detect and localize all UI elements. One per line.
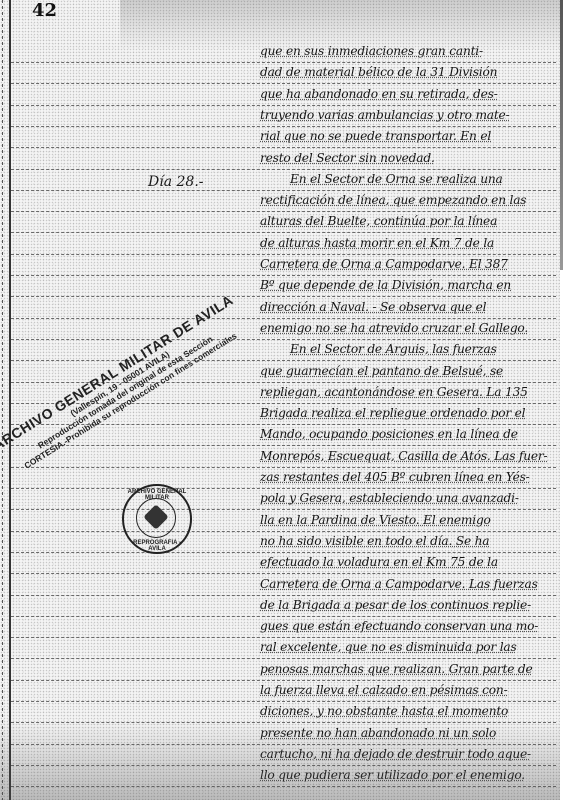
ruled-line bbox=[11, 595, 556, 596]
ruled-line bbox=[11, 701, 556, 702]
ruled-line bbox=[11, 211, 556, 212]
handwritten-line: Monrepós, Escuequat, Casilla de Atós. La… bbox=[260, 449, 556, 463]
ruled-line bbox=[11, 126, 556, 127]
ruled-line bbox=[11, 318, 556, 319]
handwritten-line: En el Sector de Orna se realiza una bbox=[290, 172, 560, 186]
ruled-line bbox=[11, 360, 556, 361]
ruled-line bbox=[11, 616, 556, 617]
handwritten-line: Mando, ocupando posiciones en la línea d… bbox=[260, 427, 556, 441]
handwritten-line: truyendo varias ambulancias y otro mate- bbox=[260, 108, 556, 122]
stamp-title: ARCHIVO GENERAL MILITAR DE AVILA bbox=[0, 292, 236, 454]
scan-border bbox=[560, 0, 581, 800]
archive-stamp: ARCHIVO GENERAL MILITAR DE AVILA (Valles… bbox=[0, 292, 252, 479]
margin-date: Día 28.- bbox=[148, 174, 204, 190]
handwritten-line: diciones, y no obstante hasta el momento bbox=[260, 704, 556, 718]
ruled-line bbox=[11, 339, 556, 340]
handwritten-line: En el Sector de Arguis, las fuerzas bbox=[290, 342, 560, 356]
ruled-line bbox=[11, 637, 556, 638]
handwritten-line: pola y Gesera, estableciendo una avanzad… bbox=[260, 491, 556, 505]
handwritten-line: que en sus inmediaciones gran canti- bbox=[260, 44, 556, 58]
handwritten-line: que guarnecían el pantano de Belsué, se bbox=[260, 364, 556, 378]
handwritten-line: de alturas hasta morir en el Km 7 de la bbox=[260, 236, 556, 250]
ruled-line bbox=[11, 445, 556, 446]
archive-seal: ARCHIVO GENERAL MILITAR REPROGRAFIA - AV… bbox=[122, 484, 192, 554]
ruled-line bbox=[11, 169, 556, 170]
handwritten-line: lla en la Pardina de Viesto. El enemigo bbox=[260, 513, 556, 527]
ruled-line bbox=[11, 296, 556, 297]
handwritten-line: ral excelente, que no es disminuida por … bbox=[260, 640, 556, 654]
handwritten-line: resto del Sector sin novedad. bbox=[260, 151, 556, 165]
stamp-address: (Vallespín, 19 - 05001 AVILA) bbox=[0, 305, 241, 462]
ruled-line bbox=[11, 531, 556, 532]
ruled-line bbox=[11, 254, 556, 255]
handwritten-line: efectuado la voladura en el Km 75 de la bbox=[260, 555, 556, 569]
ruled-line bbox=[11, 509, 556, 510]
handwritten-line: repliegan, acantonándose en Gesera. La 1… bbox=[260, 385, 556, 399]
ruled-line bbox=[11, 275, 556, 276]
ruled-line bbox=[11, 105, 556, 106]
seal-bottom-text: REPROGRAFIA - AVILA bbox=[124, 540, 190, 552]
handwritten-line: no ha sido visible en todo el día. Se ha bbox=[260, 534, 556, 548]
handwritten-line: la fuerza lleva el calzado en pésimas co… bbox=[260, 683, 556, 697]
handwritten-line: que ha abandonado en su retirada, des- bbox=[260, 87, 556, 101]
handwritten-line: Brigada realiza el repliegue ordenado po… bbox=[260, 406, 556, 420]
ruled-line bbox=[11, 573, 556, 574]
margin-rule bbox=[2, 0, 3, 800]
handwritten-line: Carretera de Orna a Campodarve. Las fuer… bbox=[260, 577, 556, 591]
ruled-line bbox=[11, 190, 556, 191]
stamp-courtesy: CORTESIA.-Prohibida su reproducción con … bbox=[9, 322, 252, 479]
handwritten-line: rial que no se puede transportar. En el bbox=[260, 129, 556, 143]
ruled-line bbox=[11, 467, 556, 468]
ruled-line bbox=[11, 680, 556, 681]
handwritten-line: de la Brigada a pesar de los continuos r… bbox=[260, 598, 556, 612]
ruled-line bbox=[11, 552, 556, 553]
scan-smudge bbox=[0, 720, 560, 800]
document-page: 42 Día 28.- que en sus inmediaciones gra… bbox=[0, 0, 560, 800]
handwritten-line: dirección a Naval. - Se observa que el bbox=[260, 300, 556, 314]
handwritten-line: penosas marchas que realizan. Gran parte… bbox=[260, 662, 556, 676]
ruled-line bbox=[11, 147, 556, 148]
ruled-line bbox=[11, 83, 556, 84]
handwritten-line: rectificación de línea, que empezando en… bbox=[260, 193, 556, 207]
stamp-reproduction: Reproducción tomada del original de esta… bbox=[4, 314, 247, 471]
handwritten-line: Bº que depende de la División, marcha en bbox=[260, 278, 556, 292]
handwritten-line: Carretera de Orna a Campodarve. El 387 bbox=[260, 257, 556, 271]
ruled-line bbox=[11, 658, 556, 659]
handwritten-line: enemigo no se ha atrevido cruzar el Gall… bbox=[260, 321, 556, 335]
handwritten-line: dad de material bélico de la 31 División bbox=[260, 65, 556, 79]
ruled-line bbox=[11, 232, 556, 233]
scan-smudge bbox=[120, 0, 560, 50]
handwritten-line: zas restantes del 405 Bº cubren línea en… bbox=[260, 470, 556, 484]
handwritten-line: alturas del Buelte, continúa por la líne… bbox=[260, 214, 556, 228]
handwritten-line: gues que están efectuando conservan una … bbox=[260, 619, 556, 633]
folio-number: 42 bbox=[32, 0, 57, 21]
ruled-line bbox=[11, 62, 556, 63]
ruled-line bbox=[11, 488, 556, 489]
